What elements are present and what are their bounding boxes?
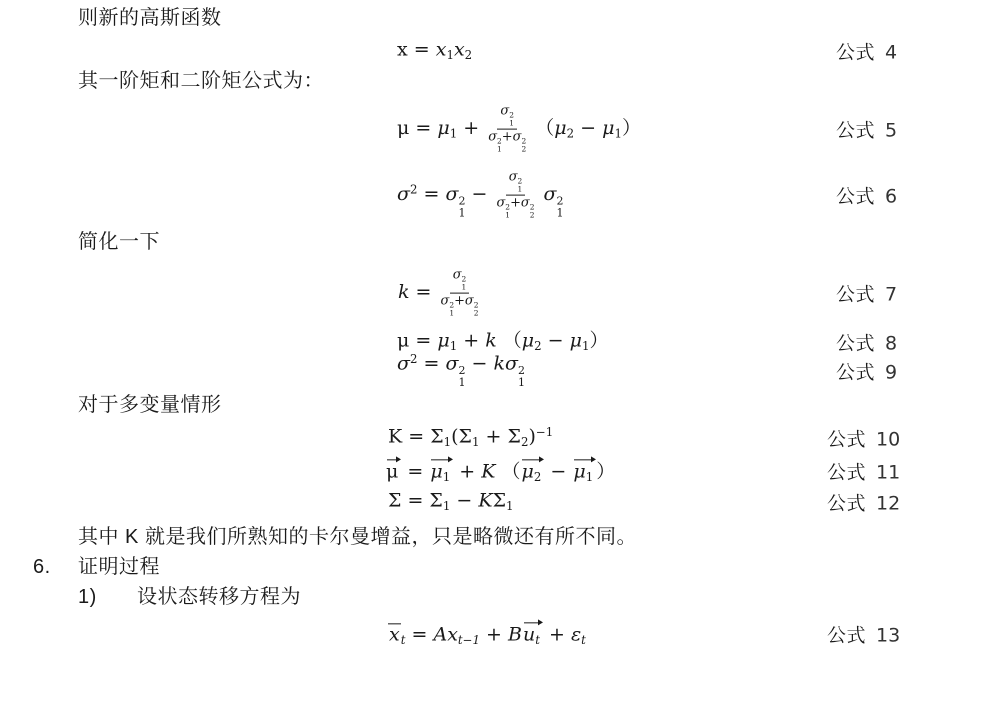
formula-6-math: σ2 = σ21 − σ21σ21+σ22 σ21	[397, 171, 564, 220]
formula-11-math: μ = μ1 + K （μ2 − μ1）	[385, 458, 615, 483]
formula-5-math: μ = μ1 + σ21σ21+σ22 （μ2 − μ1）	[397, 105, 641, 154]
formula-label-prefix: 公式	[827, 626, 866, 647]
paragraph-kalman-note: 其中 K 就是我们所熟知的卡尔曼增益，只是略微还有所不同。	[78, 525, 637, 549]
formula-label-number: 7	[885, 284, 897, 306]
formula-13-label: 公式13	[827, 621, 900, 648]
formula-8-label: 公式8	[836, 329, 897, 356]
formula-10-label: 公式10	[827, 425, 900, 452]
formula-label-prefix: 公式	[827, 494, 866, 515]
formula-12-math: Σ = Σ1 − KΣ1	[388, 491, 514, 512]
formula-label-prefix: 公式	[836, 363, 875, 384]
formula-4-math: x = x1x2	[397, 40, 472, 61]
formula-label-number: 6	[885, 186, 897, 208]
formula-9-label: 公式9	[836, 358, 897, 385]
formula-label-prefix: 公式	[836, 121, 875, 142]
formula-7-label: 公式7	[836, 280, 897, 307]
document-page: 则新的高斯函数 其一阶矩和二阶矩公式为： 简化一下 对于多变量情形 其中 K 就…	[0, 0, 999, 702]
formula-10-math: K = Σ1(Σ1 + Σ2)−1	[388, 427, 553, 449]
formula-8-math: μ = μ1 + k （μ2 − μ1）	[397, 331, 609, 352]
formula-6-label: 公式6	[836, 182, 897, 209]
formula-4-label: 公式4	[836, 38, 897, 65]
formula-label-prefix: 公式	[836, 43, 875, 64]
sublist-item-state-transition: 设状态转移方程为	[137, 585, 301, 609]
formula-label-number: 10	[876, 429, 900, 451]
sublist-number-1: 1)	[78, 585, 97, 609]
list-number-6: 6.	[33, 555, 51, 579]
formula-label-number: 13	[876, 625, 900, 647]
formula-label-prefix: 公式	[827, 430, 866, 451]
formula-11-label: 公式11	[827, 458, 900, 485]
formula-5-label: 公式5	[836, 116, 897, 143]
formula-label-number: 8	[885, 333, 897, 355]
formula-label-prefix: 公式	[836, 285, 875, 306]
list-item-proof-process: 证明过程	[78, 555, 160, 579]
formula-label-number: 4	[885, 42, 897, 64]
formula-label-number: 11	[876, 462, 900, 484]
paragraph-moments-intro: 其一阶矩和二阶矩公式为：	[78, 69, 324, 93]
formula-label-prefix: 公式	[836, 334, 875, 355]
formula-label-number: 9	[885, 362, 897, 384]
formula-label-number: 12	[876, 493, 900, 515]
paragraph-multivariate: 对于多变量情形	[78, 393, 222, 417]
formula-label-prefix: 公式	[836, 187, 875, 208]
formula-9-math: σ2 = σ21 − kσ21	[397, 354, 525, 388]
formula-7-math: k = σ21σ21+σ22	[398, 269, 482, 318]
paragraph-new-gaussian: 则新的高斯函数	[78, 6, 222, 30]
formula-13-math: xt = Axt−1 + But + εt	[388, 621, 586, 646]
formula-label-number: 5	[885, 120, 897, 142]
paragraph-simplify: 简化一下	[78, 230, 160, 254]
formula-label-prefix: 公式	[827, 463, 866, 484]
formula-12-label: 公式12	[827, 489, 900, 516]
